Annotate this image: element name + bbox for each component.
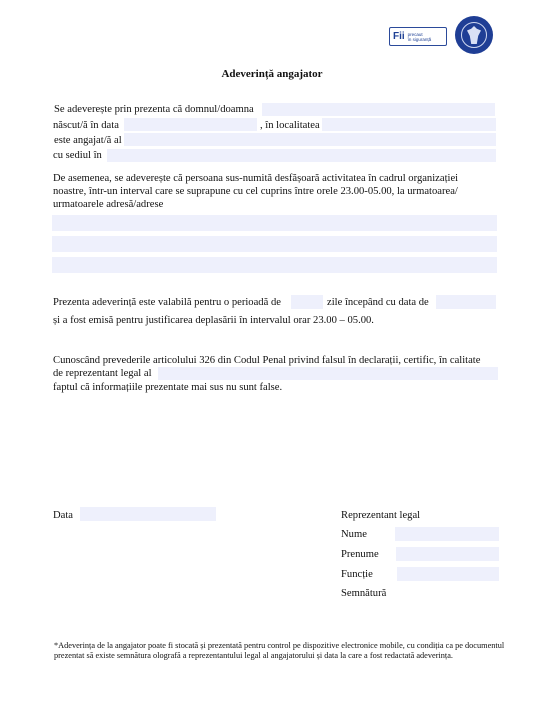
label-reprezentant-legal: Reprezentant legal [341,510,420,522]
field-reprezentant-al[interactable] [158,367,498,380]
guvernul-romaniei-crest-icon [455,16,493,54]
field-angajator[interactable] [124,133,496,146]
field-data-inceput[interactable] [436,295,496,309]
label-functie: Funcție [341,569,373,581]
field-adresa-2[interactable] [52,236,497,252]
field-prenume[interactable] [396,547,499,561]
text-de-asemenea-2: noastre, într-un interval care se suprap… [53,186,458,198]
text-de-asemenea-3: urmatoarele adresă/adrese [53,199,163,211]
label-nume: Nume [341,529,367,541]
text-nascut-data: născut/ă în data [53,120,119,132]
field-nume[interactable] [395,527,499,541]
text-adevereste: Se adeverește prin prezenta că domnul/do… [54,104,254,116]
text-de-asemenea-1: De asemenea, se adeverește că persoana s… [53,173,458,185]
text-cunoscand: Cunoscând prevederile articolului 326 di… [53,355,480,367]
text-sediul-in: cu sediul în [53,150,102,162]
field-data-nasterii[interactable] [124,118,257,131]
field-adresa-3[interactable] [52,257,497,273]
fii-precaut-logo: Fii precaut în siguranță [389,27,447,46]
text-angajat-al: este angajat/ă al [54,135,122,147]
text-emisa: și a fost emisă pentru justificarea depl… [53,315,374,327]
text-valabila: Prezenta adeverință este valabilă pentru… [53,297,281,309]
footnote: *Adeverința de la angajator poate fi sto… [54,641,506,662]
field-functie[interactable] [397,567,499,581]
text-reprezentant-al: de reprezentant legal al [53,368,152,380]
text-zile-incepand: zile începând cu data de [327,297,429,309]
label-semnatura: Semnătură [341,588,386,600]
field-sediu[interactable] [107,149,496,162]
field-nume-persoana[interactable] [262,103,495,116]
document-title: Adeverință angajator [0,68,544,80]
label-data: Data [53,510,73,522]
fii-logo-subtitle: precaut în siguranță [405,32,432,42]
field-data[interactable] [80,507,216,521]
label-prenume: Prenume [341,549,379,561]
text-faptul: faptul că informațiile prezentate mai su… [53,382,282,394]
text-localitatea: , în localitatea [260,120,320,132]
field-localitate[interactable] [322,118,496,131]
field-adresa-1[interactable] [52,215,497,231]
fii-logo-text: Fii [393,31,405,42]
field-numar-zile[interactable] [291,295,323,309]
